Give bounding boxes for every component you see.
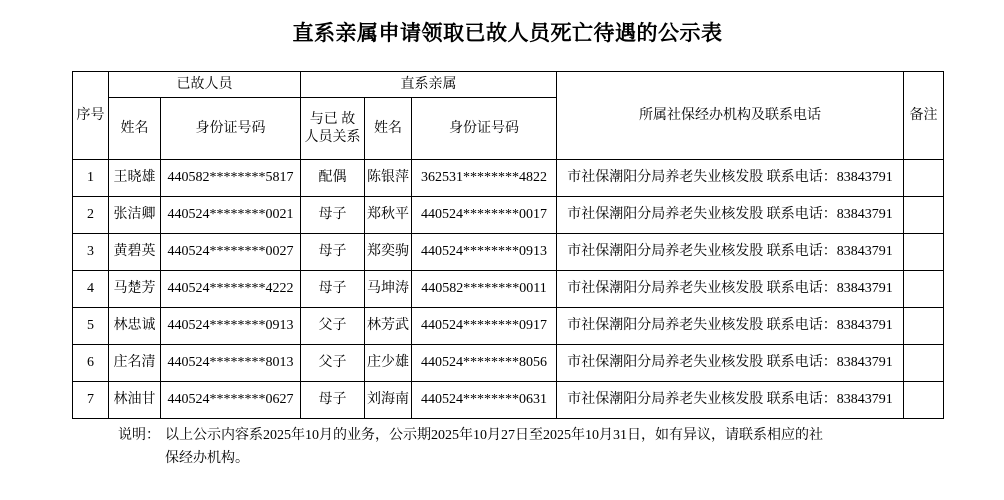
deceased-name-cell: 马楚芳: [109, 271, 161, 308]
col-header-relationship: 与已 故 人员关系: [301, 98, 365, 160]
seq-cell: 1: [73, 160, 109, 197]
agency-cell: 市社保潮阳分局养老失业核发股 联系电话：83843791: [557, 234, 904, 271]
relative-id-cell: 440524********0631: [412, 382, 557, 419]
remark-cell: [904, 234, 944, 271]
table-row: 3 黄碧英 440524********0027 母子 郑奕驹 440524**…: [73, 234, 944, 271]
agency-cell: 市社保潮阳分局养老失业核发股 联系电话：83843791: [557, 308, 904, 345]
deceased-id-cell: 440524********0021: [161, 197, 301, 234]
col-header-remarks: 备注: [904, 72, 944, 160]
relationship-cell: 母子: [301, 234, 365, 271]
relative-name-cell: 马坤涛: [365, 271, 412, 308]
deceased-id-cell: 440524********4222: [161, 271, 301, 308]
col-header-relative-name: 姓名: [365, 98, 412, 160]
deceased-name-cell: 黄碧英: [109, 234, 161, 271]
relative-name-cell: 郑秋平: [365, 197, 412, 234]
col-header-deceased-group: 已故人员: [109, 72, 301, 98]
seq-cell: 5: [73, 308, 109, 345]
relative-name-cell: 林芳武: [365, 308, 412, 345]
agency-cell: 市社保潮阳分局养老失业核发股 联系电话：83843791: [557, 197, 904, 234]
relative-name-cell: 陈银萍: [365, 160, 412, 197]
note-text: 以上公示内容系2025年10月的业务，公示期2025年10月27日至2025年1…: [165, 424, 825, 470]
note-label: 说明：: [118, 424, 165, 470]
deceased-id-cell: 440524********8013: [161, 345, 301, 382]
relationship-cell: 母子: [301, 382, 365, 419]
relationship-cell: 配偶: [301, 160, 365, 197]
agency-cell: 市社保潮阳分局养老失业核发股 联系电话：83843791: [557, 345, 904, 382]
table-row: 5 林忠诚 440524********0913 父子 林芳武 440524**…: [73, 308, 944, 345]
col-header-seq: 序号: [73, 72, 109, 160]
deceased-id-cell: 440524********0913: [161, 308, 301, 345]
relative-id-cell: 440524********0913: [412, 234, 557, 271]
public-notice-table: 序号 已故人员 直系亲属 所属社保经办机构及联系电话 备注 姓名 身份证号码 与…: [72, 71, 944, 419]
footer-note: 说明： 以上公示内容系2025年10月的业务，公示期2025年10月27日至20…: [118, 424, 825, 470]
relative-id-cell: 362531********4822: [412, 160, 557, 197]
relationship-cell: 父子: [301, 345, 365, 382]
remark-cell: [904, 160, 944, 197]
relative-id-cell: 440524********8056: [412, 345, 557, 382]
agency-cell: 市社保潮阳分局养老失业核发股 联系电话：83843791: [557, 160, 904, 197]
seq-cell: 7: [73, 382, 109, 419]
deceased-name-cell: 林忠诚: [109, 308, 161, 345]
relative-name-cell: 郑奕驹: [365, 234, 412, 271]
table-row: 2 张洁卿 440524********0021 母子 郑秋平 440524**…: [73, 197, 944, 234]
remark-cell: [904, 345, 944, 382]
remark-cell: [904, 308, 944, 345]
agency-cell: 市社保潮阳分局养老失业核发股 联系电话：83843791: [557, 271, 904, 308]
relative-id-cell: 440524********0917: [412, 308, 557, 345]
col-header-deceased-name: 姓名: [109, 98, 161, 160]
col-header-relative-id: 身份证号码: [412, 98, 557, 160]
remark-cell: [904, 382, 944, 419]
seq-cell: 6: [73, 345, 109, 382]
table-row: 1 王晓雄 440582********5817 配偶 陈银萍 362531**…: [73, 160, 944, 197]
document-page: 直系亲属申请领取已故人员死亡待遇的公示表 序号 已故人员 直系亲属 所属社保经办…: [0, 0, 1004, 500]
seq-cell: 2: [73, 197, 109, 234]
relationship-cell: 母子: [301, 271, 365, 308]
deceased-id-cell: 440524********0627: [161, 382, 301, 419]
deceased-id-cell: 440582********5817: [161, 160, 301, 197]
deceased-name-cell: 庄名清: [109, 345, 161, 382]
relationship-cell: 父子: [301, 308, 365, 345]
col-header-relative-group: 直系亲属: [301, 72, 557, 98]
relationship-cell: 母子: [301, 197, 365, 234]
deceased-id-cell: 440524********0027: [161, 234, 301, 271]
deceased-name-cell: 张洁卿: [109, 197, 161, 234]
col-header-agency: 所属社保经办机构及联系电话: [557, 72, 904, 160]
col-header-deceased-id: 身份证号码: [161, 98, 301, 160]
header-group-row: 序号 已故人员 直系亲属 所属社保经办机构及联系电话 备注: [73, 72, 944, 98]
table-row: 6 庄名清 440524********8013 父子 庄少雄 440524**…: [73, 345, 944, 382]
seq-cell: 4: [73, 271, 109, 308]
page-title: 直系亲属申请领取已故人员死亡待遇的公示表: [72, 22, 943, 46]
deceased-name-cell: 林油甘: [109, 382, 161, 419]
seq-cell: 3: [73, 234, 109, 271]
table-row: 7 林油甘 440524********0627 母子 刘海南 440524**…: [73, 382, 944, 419]
agency-cell: 市社保潮阳分局养老失业核发股 联系电话：83843791: [557, 382, 904, 419]
remark-cell: [904, 271, 944, 308]
deceased-name-cell: 王晓雄: [109, 160, 161, 197]
relative-id-cell: 440582********0011: [412, 271, 557, 308]
relative-id-cell: 440524********0017: [412, 197, 557, 234]
remark-cell: [904, 197, 944, 234]
relative-name-cell: 庄少雄: [365, 345, 412, 382]
relative-name-cell: 刘海南: [365, 382, 412, 419]
table-row: 4 马楚芳 440524********4222 母子 马坤涛 440582**…: [73, 271, 944, 308]
